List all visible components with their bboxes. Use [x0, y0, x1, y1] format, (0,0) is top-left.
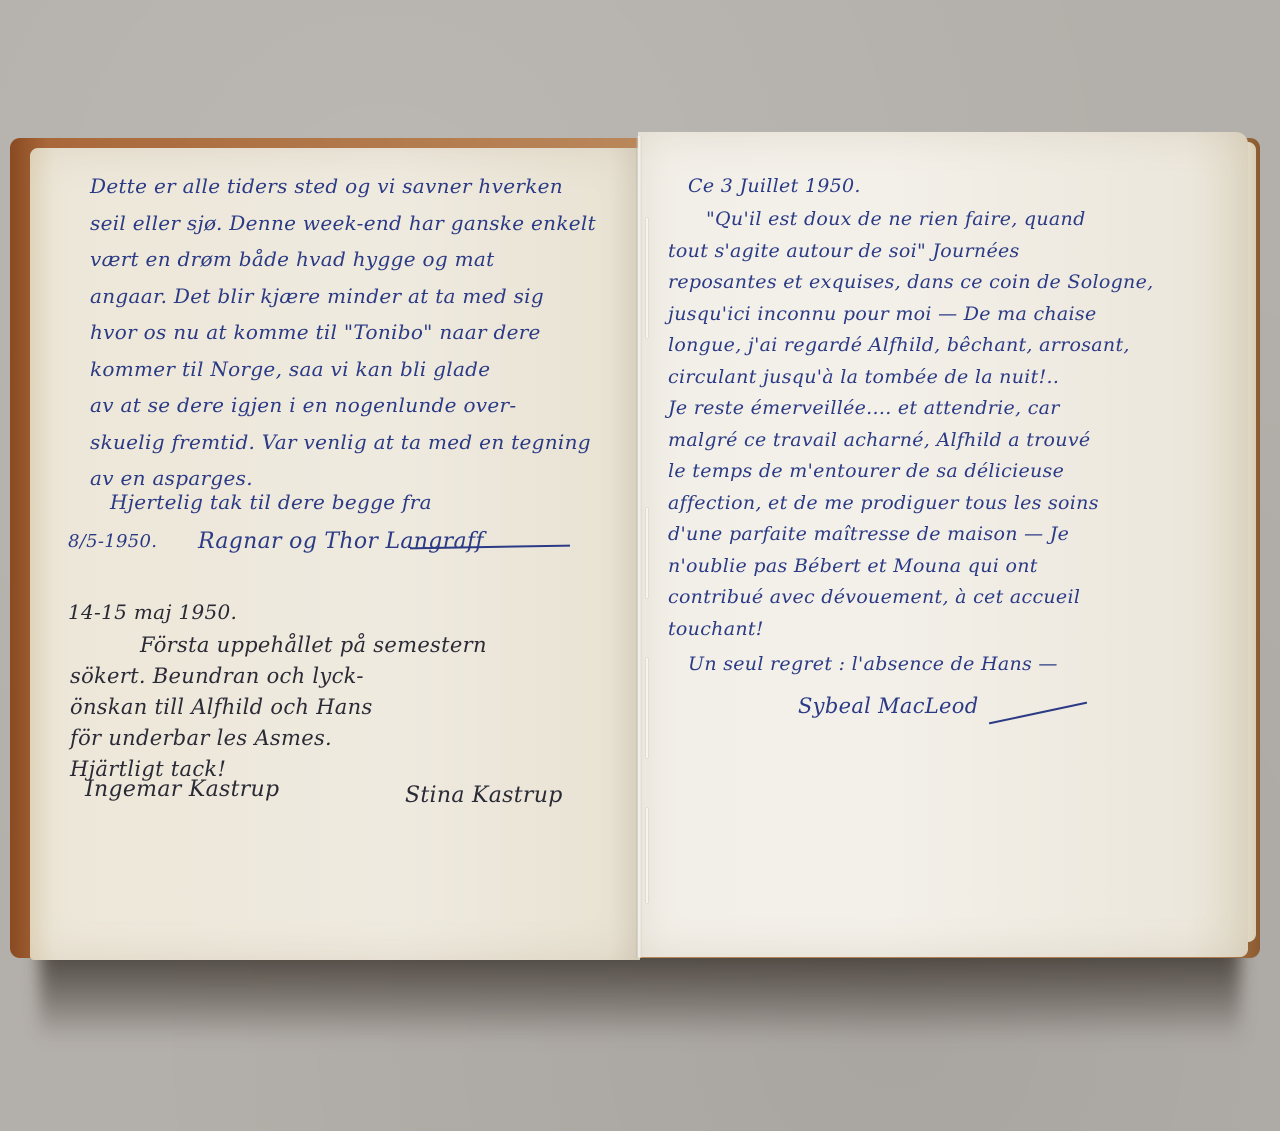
- text-line: d'une parfaite maîtresse de maison — Je: [668, 519, 1153, 551]
- entry-norwegian: Dette er alle tiders sted og vi savner h…: [90, 168, 596, 497]
- text-line: longue, j'ai regardé Alfhild, bêchant, a…: [668, 330, 1153, 362]
- text-line: reposantes et exquises, dans ce coin de …: [668, 267, 1153, 299]
- text-line: malgré ce travail acharné, Alfhild a tro…: [668, 425, 1153, 457]
- binding-stitch: [646, 218, 648, 338]
- text-line: jusqu'ici inconnu pour moi — De ma chais…: [668, 299, 1153, 331]
- entry-french-date: Ce 3 Juillet 1950.: [688, 168, 861, 205]
- text-line: Första uppehållet på semestern: [70, 630, 487, 661]
- text-line: för underbar les Asmes.: [70, 723, 487, 754]
- entry-french-closing: Un seul regret : l'absence de Hans —: [688, 646, 1058, 683]
- text-line: av at se dere igjen i en nogenlunde over…: [90, 387, 596, 424]
- text-line: affection, et de me prodiguer tous les s…: [668, 488, 1153, 520]
- text-line: angaar. Det blir kjære minder at ta med …: [90, 278, 596, 315]
- binding-stitch: [646, 508, 648, 598]
- text-line: contribué avec dévouement, à cet accueil: [668, 582, 1153, 614]
- entry-french-signature: Sybeal MacLeod: [798, 688, 978, 725]
- entry-swedish-signature-1: Ingemar Kastrup: [85, 772, 279, 809]
- binding-stitch: [646, 808, 648, 903]
- text-line: skuelig fremtid. Var venlig at ta med en…: [90, 424, 596, 461]
- text-line: seil eller sjø. Denne week-end har gansk…: [90, 205, 596, 242]
- open-guestbook: Dette er alle tiders sted og vi savner h…: [10, 128, 1265, 966]
- text-line: hvor os nu at komme til "Tonibo" naar de…: [90, 314, 596, 351]
- text-line: sökert. Beundran och lyck-: [70, 661, 487, 692]
- entry-norwegian-signature: Ragnar og Thor Langraff: [198, 524, 484, 561]
- book-gutter: [636, 136, 642, 958]
- entry-french: "Qu'il est doux de ne rien faire, quand …: [668, 204, 1153, 645]
- text-line: vært en drøm både hvad hygge og mat: [90, 241, 596, 278]
- entry-norwegian-date: 8/5-1950.: [68, 524, 157, 561]
- text-line: Je reste émerveillée.... et attendrie, c…: [668, 393, 1153, 425]
- text-line: önskan till Alfhild och Hans: [70, 692, 487, 723]
- binding-stitch: [646, 658, 648, 758]
- text-line: n'oublie pas Bébert et Mouna qui ont: [668, 551, 1153, 583]
- text-line: Dette er alle tiders sted og vi savner h…: [90, 168, 596, 205]
- entry-swedish-date: 14-15 maj 1950.: [68, 594, 237, 631]
- right-page: Ce 3 Juillet 1950. "Qu'il est doux de ne…: [638, 132, 1248, 957]
- left-page: Dette er alle tiders sted og vi savner h…: [30, 148, 640, 960]
- text-line: kommer til Norge, saa vi kan bli glade: [90, 351, 596, 388]
- entry-swedish-signature-2: Stina Kastrup: [405, 778, 563, 815]
- text-line: tout s'agite autour de soi" Journées: [668, 236, 1153, 268]
- entry-norwegian-closing: Hjertelig tak til dere begge fra: [110, 484, 432, 521]
- signature-flourish: [989, 702, 1087, 725]
- text-line: circulant jusqu'à la tombée de la nuit!.…: [668, 362, 1153, 394]
- entry-swedish: Första uppehållet på semestern sökert. B…: [70, 630, 487, 785]
- text-line: le temps de m'entourer de sa délicieuse: [668, 456, 1153, 488]
- text-line: "Qu'il est doux de ne rien faire, quand: [668, 204, 1153, 236]
- text-line: touchant!: [668, 614, 1153, 646]
